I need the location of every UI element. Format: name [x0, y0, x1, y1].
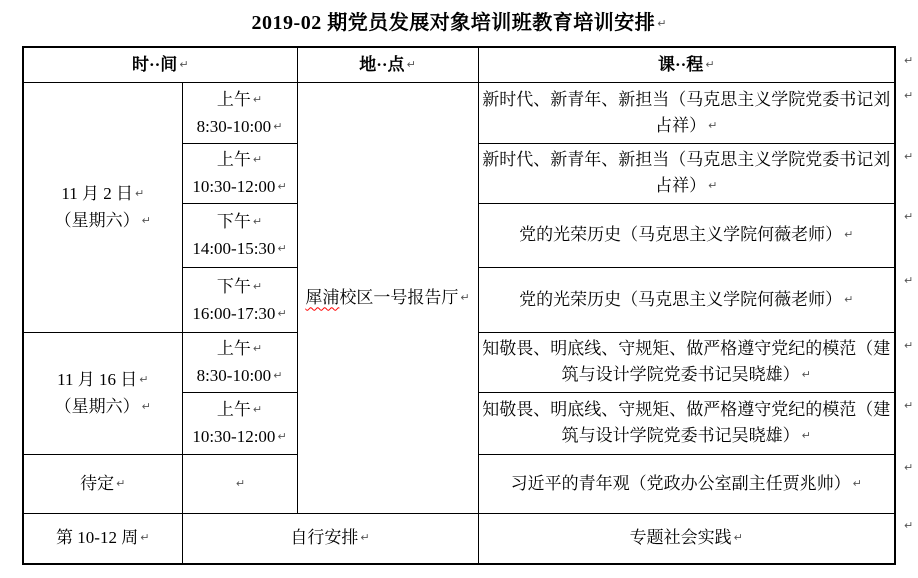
line-break-mark: ↵: [253, 342, 262, 355]
cell-end-mark: ↵: [273, 369, 282, 382]
line-break-mark: ↵: [253, 93, 262, 106]
cell-end-mark: ↵: [705, 58, 714, 71]
doc-title-row: 2019-02 期党员发展对象培训班教育培训安排↵: [0, 6, 918, 35]
row-end-mark: ↵: [904, 150, 913, 163]
tbd-cell[interactable]: 待定↵: [23, 454, 182, 513]
cell-end-mark: ↵: [407, 58, 416, 71]
empty-cell[interactable]: ↵: [182, 454, 297, 513]
table-row: 11 月 2 日↵ （星期六）↵ 上午↵ 8:30-10:00↵ 犀浦校区一号报…: [23, 82, 895, 143]
cell-end-mark: ↵: [844, 228, 853, 241]
row-end-mark: ↵: [904, 519, 913, 532]
location-cell[interactable]: 犀浦校区一号报告厅↵: [297, 82, 478, 513]
line-break-mark: ↵: [253, 403, 262, 416]
row-end-mark: ↵: [904, 54, 913, 67]
cell-end-mark: ↵: [179, 58, 188, 71]
row-end-mark: ↵: [904, 461, 913, 474]
cell-end-mark: ↵: [140, 531, 149, 544]
course-cell[interactable]: 知敬畏、明底线、守规矩、做严格遵守党纪的模范（建筑与设计学院党委书记吴晓雄）↵: [478, 392, 895, 454]
course-cell[interactable]: 知敬畏、明底线、守规矩、做严格遵守党纪的模范（建筑与设计学院党委书记吴晓雄）↵: [478, 332, 895, 392]
doc-title[interactable]: 2019-02 期党员发展对象培训班教育培训安排: [252, 12, 656, 34]
cell-end-mark: ↵: [708, 119, 717, 132]
row-end-mark: ↵: [904, 339, 913, 352]
line-break-mark: ↵: [253, 215, 262, 228]
course-cell[interactable]: 新时代、新青年、新担当（马克思主义学院党委书记刘占祥）↵: [478, 143, 895, 203]
cell-end-mark: ↵: [844, 293, 853, 306]
header-time[interactable]: 时··间↵: [23, 47, 297, 82]
course-cell[interactable]: 习近平的青年观（党政办公室副主任贾兆帅）↵: [478, 454, 895, 513]
cell-end-mark: ↵: [142, 400, 151, 413]
course-cell[interactable]: 新时代、新青年、新担当（马克思主义学院党委书记刘占祥）↵: [478, 82, 895, 143]
cell-end-mark: ↵: [273, 120, 282, 133]
cell-end-mark: ↵: [360, 531, 369, 544]
cell-end-mark: ↵: [277, 242, 286, 255]
row-end-mark: ↵: [904, 274, 913, 287]
cell-end-mark: ↵: [277, 430, 286, 443]
date-cell-nov2[interactable]: 11 月 2 日↵ （星期六）↵: [23, 82, 182, 332]
table-row: 第 10-12 周↵ 自行安排↵ 专题社会实践↵: [23, 513, 895, 564]
cell-end-mark: ↵: [734, 531, 743, 544]
cell-end-mark: ↵: [277, 180, 286, 193]
row-end-mark: ↵: [904, 399, 913, 412]
cell-end-mark: ↵: [853, 477, 862, 490]
session-cell[interactable]: 上午↵ 10:30-12:00↵: [182, 143, 297, 203]
spellcheck-underlined-text: 犀浦: [305, 288, 339, 307]
paragraph-mark: ↵: [657, 17, 666, 30]
cell-end-mark: ↵: [142, 214, 151, 227]
row-end-mark: ↵: [904, 210, 913, 223]
course-cell[interactable]: 专题社会实践↵: [478, 513, 895, 564]
session-cell[interactable]: 下午↵ 16:00-17:30↵: [182, 267, 297, 332]
row-end-mark: ↵: [904, 89, 913, 102]
cell-end-mark: ↵: [236, 477, 245, 490]
cell-end-mark: ↵: [277, 307, 286, 320]
course-cell[interactable]: 党的光荣历史（马克思主义学院何薇老师）↵: [478, 203, 895, 267]
header-location[interactable]: 地··点↵: [297, 47, 478, 82]
cell-end-mark: ↵: [116, 477, 125, 490]
session-cell[interactable]: 下午↵ 14:00-15:30↵: [182, 203, 297, 267]
cell-end-mark: ↵: [802, 429, 811, 442]
header-course[interactable]: 课··程↵: [478, 47, 895, 82]
document-page[interactable]: 2019-02 期党员发展对象培训班教育培训安排↵ 时··间↵ 地··点↵ 课·…: [0, 0, 918, 578]
cell-end-mark: ↵: [460, 291, 469, 304]
cell-end-mark: ↵: [802, 368, 811, 381]
session-cell[interactable]: 上午↵ 8:30-10:00↵: [182, 82, 297, 143]
date-cell-nov16[interactable]: 11 月 16 日↵ （星期六）↵: [23, 332, 182, 454]
header-row: 时··间↵ 地··点↵ 课··程↵: [23, 47, 895, 82]
schedule-table: 时··间↵ 地··点↵ 课··程↵ 11 月 2 日↵ （星期六）↵ 上午↵ 8…: [22, 46, 896, 565]
weeks-cell[interactable]: 第 10-12 周↵: [23, 513, 182, 564]
course-cell[interactable]: 党的光荣历史（马克思主义学院何薇老师）↵: [478, 267, 895, 332]
line-break-mark: ↵: [253, 153, 262, 166]
line-break-mark: ↵: [253, 280, 262, 293]
line-break-mark: ↵: [139, 373, 148, 386]
session-cell[interactable]: 上午↵ 8:30-10:00↵: [182, 332, 297, 392]
line-break-mark: ↵: [135, 187, 144, 200]
cell-end-mark: ↵: [708, 179, 717, 192]
self-arranged-cell[interactable]: 自行安排↵: [182, 513, 478, 564]
session-cell[interactable]: 上午↵ 10:30-12:00↵: [182, 392, 297, 454]
